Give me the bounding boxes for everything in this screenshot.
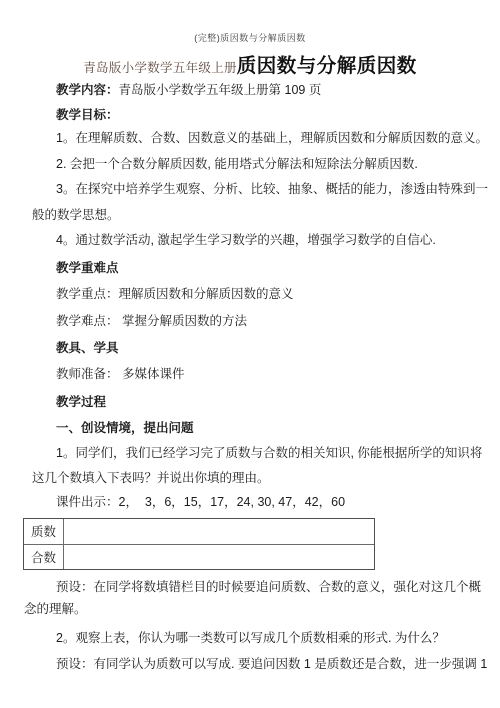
teaching-goals-heading: 教学目标： [56,108,500,122]
goal-item-3: 3。在探究中培养学生观察、分析、比较、抽象、概括的能力，渗透由特殊到一 [56,182,500,196]
activity-1-wrap: 这几个数填入下表吗？并说出你填的理由。 [32,471,500,485]
table-row-header: 合数 [24,545,64,570]
title-main: 质因数与分解质因数 [237,55,417,77]
teacher-prep-line: 教师准备： 多媒体课件 [56,367,500,381]
materials-heading: 教具、学具 [56,341,500,355]
table-row-value-cell [64,545,374,570]
title-prefix: 青岛版小学数学五年级上册 [83,61,237,75]
teaching-content-line: 教学内容：青岛版小学数学五年级上册第 109 页 [56,83,500,97]
table-row-header: 质数 [24,519,64,544]
activity-2-line: 2。观察上表，你认为哪一类数可以写成几个质数相乘的形式. 为什么？ [56,631,500,645]
section-1-heading: 一、创设情境，提出问题 [56,421,500,435]
document-header-note: (完整)质因数与分解质因数 [0,31,500,44]
prime-composite-table: 质数 合数 [23,518,375,570]
goal-item-4: 4。通过数学活动, 激起学生学习数学的兴趣，增强学习数学的自信心. [56,233,500,247]
courseware-numbers-line: 课件出示：2， 3，6，15，17，24, 30, 47，42，60 [56,495,500,509]
preset-2-line: 预设：有同学认为质数可以写成. 要追问因数 1 是质数还是合数，进一步强调 1 [56,657,500,671]
goal-item-3-wrap: 般的数学思想。 [32,208,500,222]
goal-item-2: 2. 会把一个合数分解质因数, 能用塔式分解法和短除法分解质因数. [56,157,500,171]
table-row: 质数 [24,519,374,544]
activity-1-line: 1。同学们，我们已经学习完了质数与合数的相关知识, 你能根据所学的知识将 [56,446,500,460]
document-page: (完整)质因数与分解质因数 青岛版小学数学五年级上册质因数与分解质因数 教学内容… [0,0,500,708]
key-points-heading: 教学重难点 [56,261,500,275]
preset-1-line: 预设：在同学将数填错栏目的时候要追问质数、合数的意义，强化对这几个概 [56,580,500,594]
table-row: 合数 [24,544,374,570]
process-heading: 教学过程 [56,395,500,409]
preset-1-wrap: 念的理解。 [24,602,500,616]
difficulty-line: 教学难点： 掌握分解质因数的方法 [56,314,500,328]
document-title: 青岛版小学数学五年级上册质因数与分解质因数 [0,50,500,78]
key-point-line: 教学重点：理解质因数和分解质因数的意义 [56,287,500,301]
table-row-value-cell [64,519,374,544]
goal-item-1: 1。在理解质数、合数、因数意义的基础上，理解质因数和分解质因数的意义。 [56,131,500,145]
